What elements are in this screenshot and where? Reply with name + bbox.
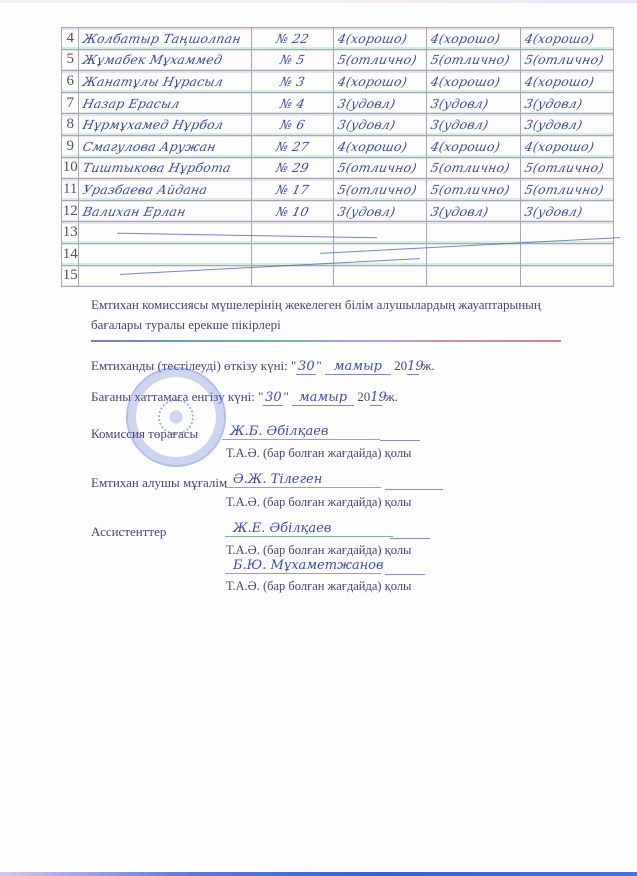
student-name-cell: Жанатұлы Нұрасыл <box>79 71 251 93</box>
row-number-cell: 15 <box>62 265 79 287</box>
entry-date-end: ж. <box>382 389 397 404</box>
grade-3-cell: 5(отлично) <box>520 49 613 71</box>
grade-3-cell: 3(удовл) <box>520 200 613 222</box>
grade-2: 3(удовл) <box>426 117 522 132</box>
ticket-number: № 29 <box>250 160 334 175</box>
chair-role: Комиссия төрағасы <box>91 426 198 442</box>
row-number-cell: 13 <box>62 222 79 244</box>
grade-1-cell: 5(отлично) <box>333 49 426 71</box>
table-row: 6Жанатұлы Нұрасыл№ 34(хорошо)4(хорошо)4(… <box>62 71 614 93</box>
student-name: Уразбаева Айдана <box>78 182 253 197</box>
grade-2-cell: 4(хорошо) <box>427 135 520 157</box>
row-number-cell: 5 <box>62 49 79 71</box>
ticket-number: № 4 <box>250 96 334 111</box>
entry-date-month: мамыр <box>292 390 354 406</box>
grade-3: 4(хорошо) <box>519 74 615 89</box>
table-row: 12Валихан Ерлан№ 103(удовл)3(удовл)3(удо… <box>62 200 614 222</box>
student-name-cell: Жолбатыр Таңшолпан <box>79 28 251 50</box>
row-number: 10 <box>63 159 78 175</box>
table-row: 4Жолбатыр Таңшолпан№ 224(хорошо)4(хорошо… <box>62 28 614 50</box>
comments-rule <box>91 340 561 342</box>
grade-2: 5(отлично) <box>426 52 522 67</box>
entry-date-year: 19 <box>370 390 382 406</box>
grade-2: 4(хорошо) <box>426 31 522 46</box>
grade-3-cell: 4(хорошо) <box>520 28 613 50</box>
grade-1: 4(хорошо) <box>332 74 428 89</box>
grade-2-cell: 5(отлично) <box>427 179 520 201</box>
ticket-number: № 22 <box>250 31 334 46</box>
row-number-cell: 14 <box>62 243 79 265</box>
student-name: Нұрмұхамед Нұрбол <box>78 117 253 132</box>
page-top-edge <box>0 0 637 3</box>
assistant-1-caption: Т.А.Ә. (бар болған жағдайда) қолы <box>226 543 411 558</box>
grade-3: 5(отлично) <box>519 182 615 197</box>
grade-2-cell: 5(отлично) <box>427 157 520 179</box>
student-name: Тиштыкова Нұрбота <box>78 160 253 175</box>
teacher-role: Емтихан алушы мұғалім <box>91 475 227 491</box>
grade-2-cell <box>427 222 520 244</box>
grade-2: 5(отлично) <box>426 160 522 175</box>
grade-1: 3(удовл) <box>332 96 428 111</box>
ticket-number-cell: № 5 <box>251 49 333 71</box>
grade-1: 3(удовл) <box>332 204 428 219</box>
grade-3-cell: 4(хорошо) <box>520 135 613 157</box>
grade-3: 3(удовл) <box>519 117 615 132</box>
exam-date-year: 19 <box>407 359 419 375</box>
grade-1-cell: 4(хорошо) <box>333 28 426 50</box>
assistants-role: Ассистенттер <box>91 524 166 540</box>
chair-name: Ж.Б. Әбілқаев <box>222 424 380 440</box>
exam-date-sep: " <box>316 358 325 373</box>
student-name-cell: Валихан Ерлан <box>79 200 251 222</box>
student-name: Смагулова Аружан <box>78 139 253 154</box>
grade-1: 5(отлично) <box>332 160 428 175</box>
grade-3: 4(хорошо) <box>519 139 615 154</box>
grade-3-cell: 3(удовл) <box>520 92 613 114</box>
grade-2-cell: 4(хорошо) <box>427 28 520 50</box>
row-number-cell: 11 <box>62 179 79 201</box>
page-bottom-edge <box>0 872 637 876</box>
chair-signature <box>380 440 420 441</box>
exam-date-day: 30 <box>296 359 316 375</box>
table-row: 11Уразбаева Айдана№ 175(отлично)5(отличн… <box>62 179 614 201</box>
grade-1: 5(отлично) <box>332 52 428 67</box>
assistant-2-name: Б.Ю. Мұхаметжанов <box>225 558 381 574</box>
table-row: 9Смагулова Аружан№ 274(хорошо)4(хорошо)4… <box>62 135 614 157</box>
row-number-cell: 10 <box>62 157 79 179</box>
row-number: 6 <box>66 73 74 89</box>
grade-3: 3(удовл) <box>519 204 615 219</box>
row-number-cell: 4 <box>62 28 79 50</box>
grade-1-cell <box>333 222 426 244</box>
table-row: 8Нұрмұхамед Нұрбол№ 63(удовл)3(удовл)3(у… <box>62 114 614 136</box>
ticket-number-cell <box>251 265 333 287</box>
ticket-number-cell: № 10 <box>251 200 333 222</box>
grade-3-cell <box>520 243 613 265</box>
grade-1-cell: 4(хорошо) <box>333 135 426 157</box>
row-number: 12 <box>63 203 78 219</box>
grade-3-cell: 5(отлично) <box>520 157 613 179</box>
grade-3: 5(отлично) <box>519 160 615 175</box>
student-name-cell: Жұмабек Мұхаммед <box>79 49 251 71</box>
entry-date-sep: " <box>283 389 292 404</box>
assistant-2-caption: Т.А.Ә. (бар болған жағдайда) қолы <box>226 579 411 594</box>
ticket-number-cell: № 22 <box>251 28 333 50</box>
ticket-number: № 27 <box>250 139 334 154</box>
grade-2: 5(отлично) <box>426 182 522 197</box>
student-name-cell: Смагулова Аружан <box>79 135 251 157</box>
student-name: Жанатұлы Нұрасыл <box>78 74 253 89</box>
exam-date-end: ж. <box>419 358 434 373</box>
ticket-number-cell <box>251 243 333 265</box>
grade-2: 4(хорошо) <box>426 139 522 154</box>
grade-2-cell: 3(удовл) <box>427 200 520 222</box>
assistant-2-signature <box>385 574 425 575</box>
exam-date-month: мамыр <box>325 359 391 375</box>
grade-2-cell: 3(удовл) <box>427 92 520 114</box>
row-number: 4 <box>66 30 74 46</box>
ticket-number: № 17 <box>250 182 334 197</box>
table-row: 15 <box>62 265 614 287</box>
grade-2: 4(хорошо) <box>426 74 522 89</box>
ticket-number-cell: № 27 <box>251 135 333 157</box>
row-number: 7 <box>66 95 74 111</box>
student-name-cell: Назар Ерасыл <box>79 92 251 114</box>
exam-date-year-prefix: 20 <box>391 358 407 373</box>
grade-1-cell: 3(удовл) <box>333 114 426 136</box>
grade-1-cell: 5(отлично) <box>333 179 426 201</box>
grade-3: 5(отлично) <box>519 52 615 67</box>
student-name-cell <box>79 243 251 265</box>
teacher-caption: Т.А.Ә. (бар болған жағдайда) қолы <box>226 495 411 510</box>
table-row: 10Тиштыкова Нұрбота№ 295(отлично)5(отлич… <box>62 157 614 179</box>
grade-2-cell: 3(удовл) <box>427 114 520 136</box>
grade-1-cell: 4(хорошо) <box>333 71 426 93</box>
grade-3-cell: 4(хорошо) <box>520 71 613 93</box>
row-number: 9 <box>66 138 74 154</box>
exam-date-line: Емтиханды (тестілеуді) өткізу күні: "30"… <box>91 358 435 375</box>
row-number-cell: 7 <box>62 92 79 114</box>
grade-1: 5(отлично) <box>332 182 428 197</box>
row-number-cell: 8 <box>62 114 79 136</box>
row-number: 8 <box>66 116 74 132</box>
table-row: 5Жұмабек Мұхаммед№ 55(отлично)5(отлично)… <box>62 49 614 71</box>
grade-1: 3(удовл) <box>332 117 428 132</box>
student-name: Жұмабек Мұхаммед <box>78 52 253 67</box>
ticket-number: № 3 <box>250 74 334 89</box>
row-number: 15 <box>63 267 78 283</box>
grade-3-cell <box>520 265 613 287</box>
grade-3: 3(удовл) <box>519 96 615 111</box>
assistant-1-signature <box>390 538 430 539</box>
comments-title: Емтихан комиссиясы мүшелерінің жекелеген… <box>91 295 551 335</box>
grade-1-cell: 3(удовл) <box>333 200 426 222</box>
ticket-number-cell <box>251 222 333 244</box>
row-number: 5 <box>66 51 74 67</box>
row-number: 13 <box>63 224 78 240</box>
ticket-number: № 10 <box>250 204 334 219</box>
official-seal-icon <box>126 367 226 467</box>
grades-table: 4Жолбатыр Таңшолпан№ 224(хорошо)4(хорошо… <box>61 27 614 287</box>
assistant-1-name: Ж.Е. Әбілқаев <box>225 521 393 537</box>
student-name-cell: Нұрмұхамед Нұрбол <box>79 114 251 136</box>
student-name: Назар Ерасыл <box>78 96 253 111</box>
row-number-cell: 9 <box>62 135 79 157</box>
ticket-number: № 5 <box>250 52 334 67</box>
ticket-number-cell: № 6 <box>251 114 333 136</box>
grade-1-cell <box>333 265 426 287</box>
grade-1-cell: 5(отлично) <box>333 157 426 179</box>
grade-2-cell <box>427 265 520 287</box>
grade-2-cell: 5(отлично) <box>427 49 520 71</box>
ticket-number-cell: № 29 <box>251 157 333 179</box>
grade-1: 4(хорошо) <box>332 31 428 46</box>
ticket-number-cell: № 3 <box>251 71 333 93</box>
student-name-cell: Уразбаева Айдана <box>79 179 251 201</box>
chair-caption: Т.А.Ә. (бар болған жағдайда) қолы <box>226 446 411 461</box>
grade-2: 3(удовл) <box>426 96 522 111</box>
row-number: 11 <box>63 181 77 197</box>
ticket-number: № 6 <box>250 117 334 132</box>
row-number-cell: 12 <box>62 200 79 222</box>
ticket-number-cell: № 4 <box>251 92 333 114</box>
row-number: 14 <box>63 246 78 262</box>
teacher-name: Ә.Ж. Тілеген <box>225 472 381 488</box>
student-name-cell: Тиштыкова Нұрбота <box>79 157 251 179</box>
student-name: Валихан Ерлан <box>78 204 253 219</box>
grade-1: 4(хорошо) <box>332 139 428 154</box>
row-number-cell: 6 <box>62 71 79 93</box>
entry-date-year-prefix: 20 <box>354 389 370 404</box>
grade-3: 4(хорошо) <box>519 31 615 46</box>
grade-3-cell: 5(отлично) <box>520 179 613 201</box>
grade-1-cell: 3(удовл) <box>333 92 426 114</box>
ticket-number-cell: № 17 <box>251 179 333 201</box>
student-name: Жолбатыр Таңшолпан <box>78 31 253 46</box>
teacher-signature <box>385 489 443 490</box>
grade-2-cell: 4(хорошо) <box>427 71 520 93</box>
table-row: 7Назар Ерасыл№ 43(удовл)3(удовл)3(удовл) <box>62 92 614 114</box>
entry-date-day: 30 <box>263 390 283 406</box>
grade-3-cell: 3(удовл) <box>520 114 613 136</box>
grade-2: 3(удовл) <box>426 204 522 219</box>
